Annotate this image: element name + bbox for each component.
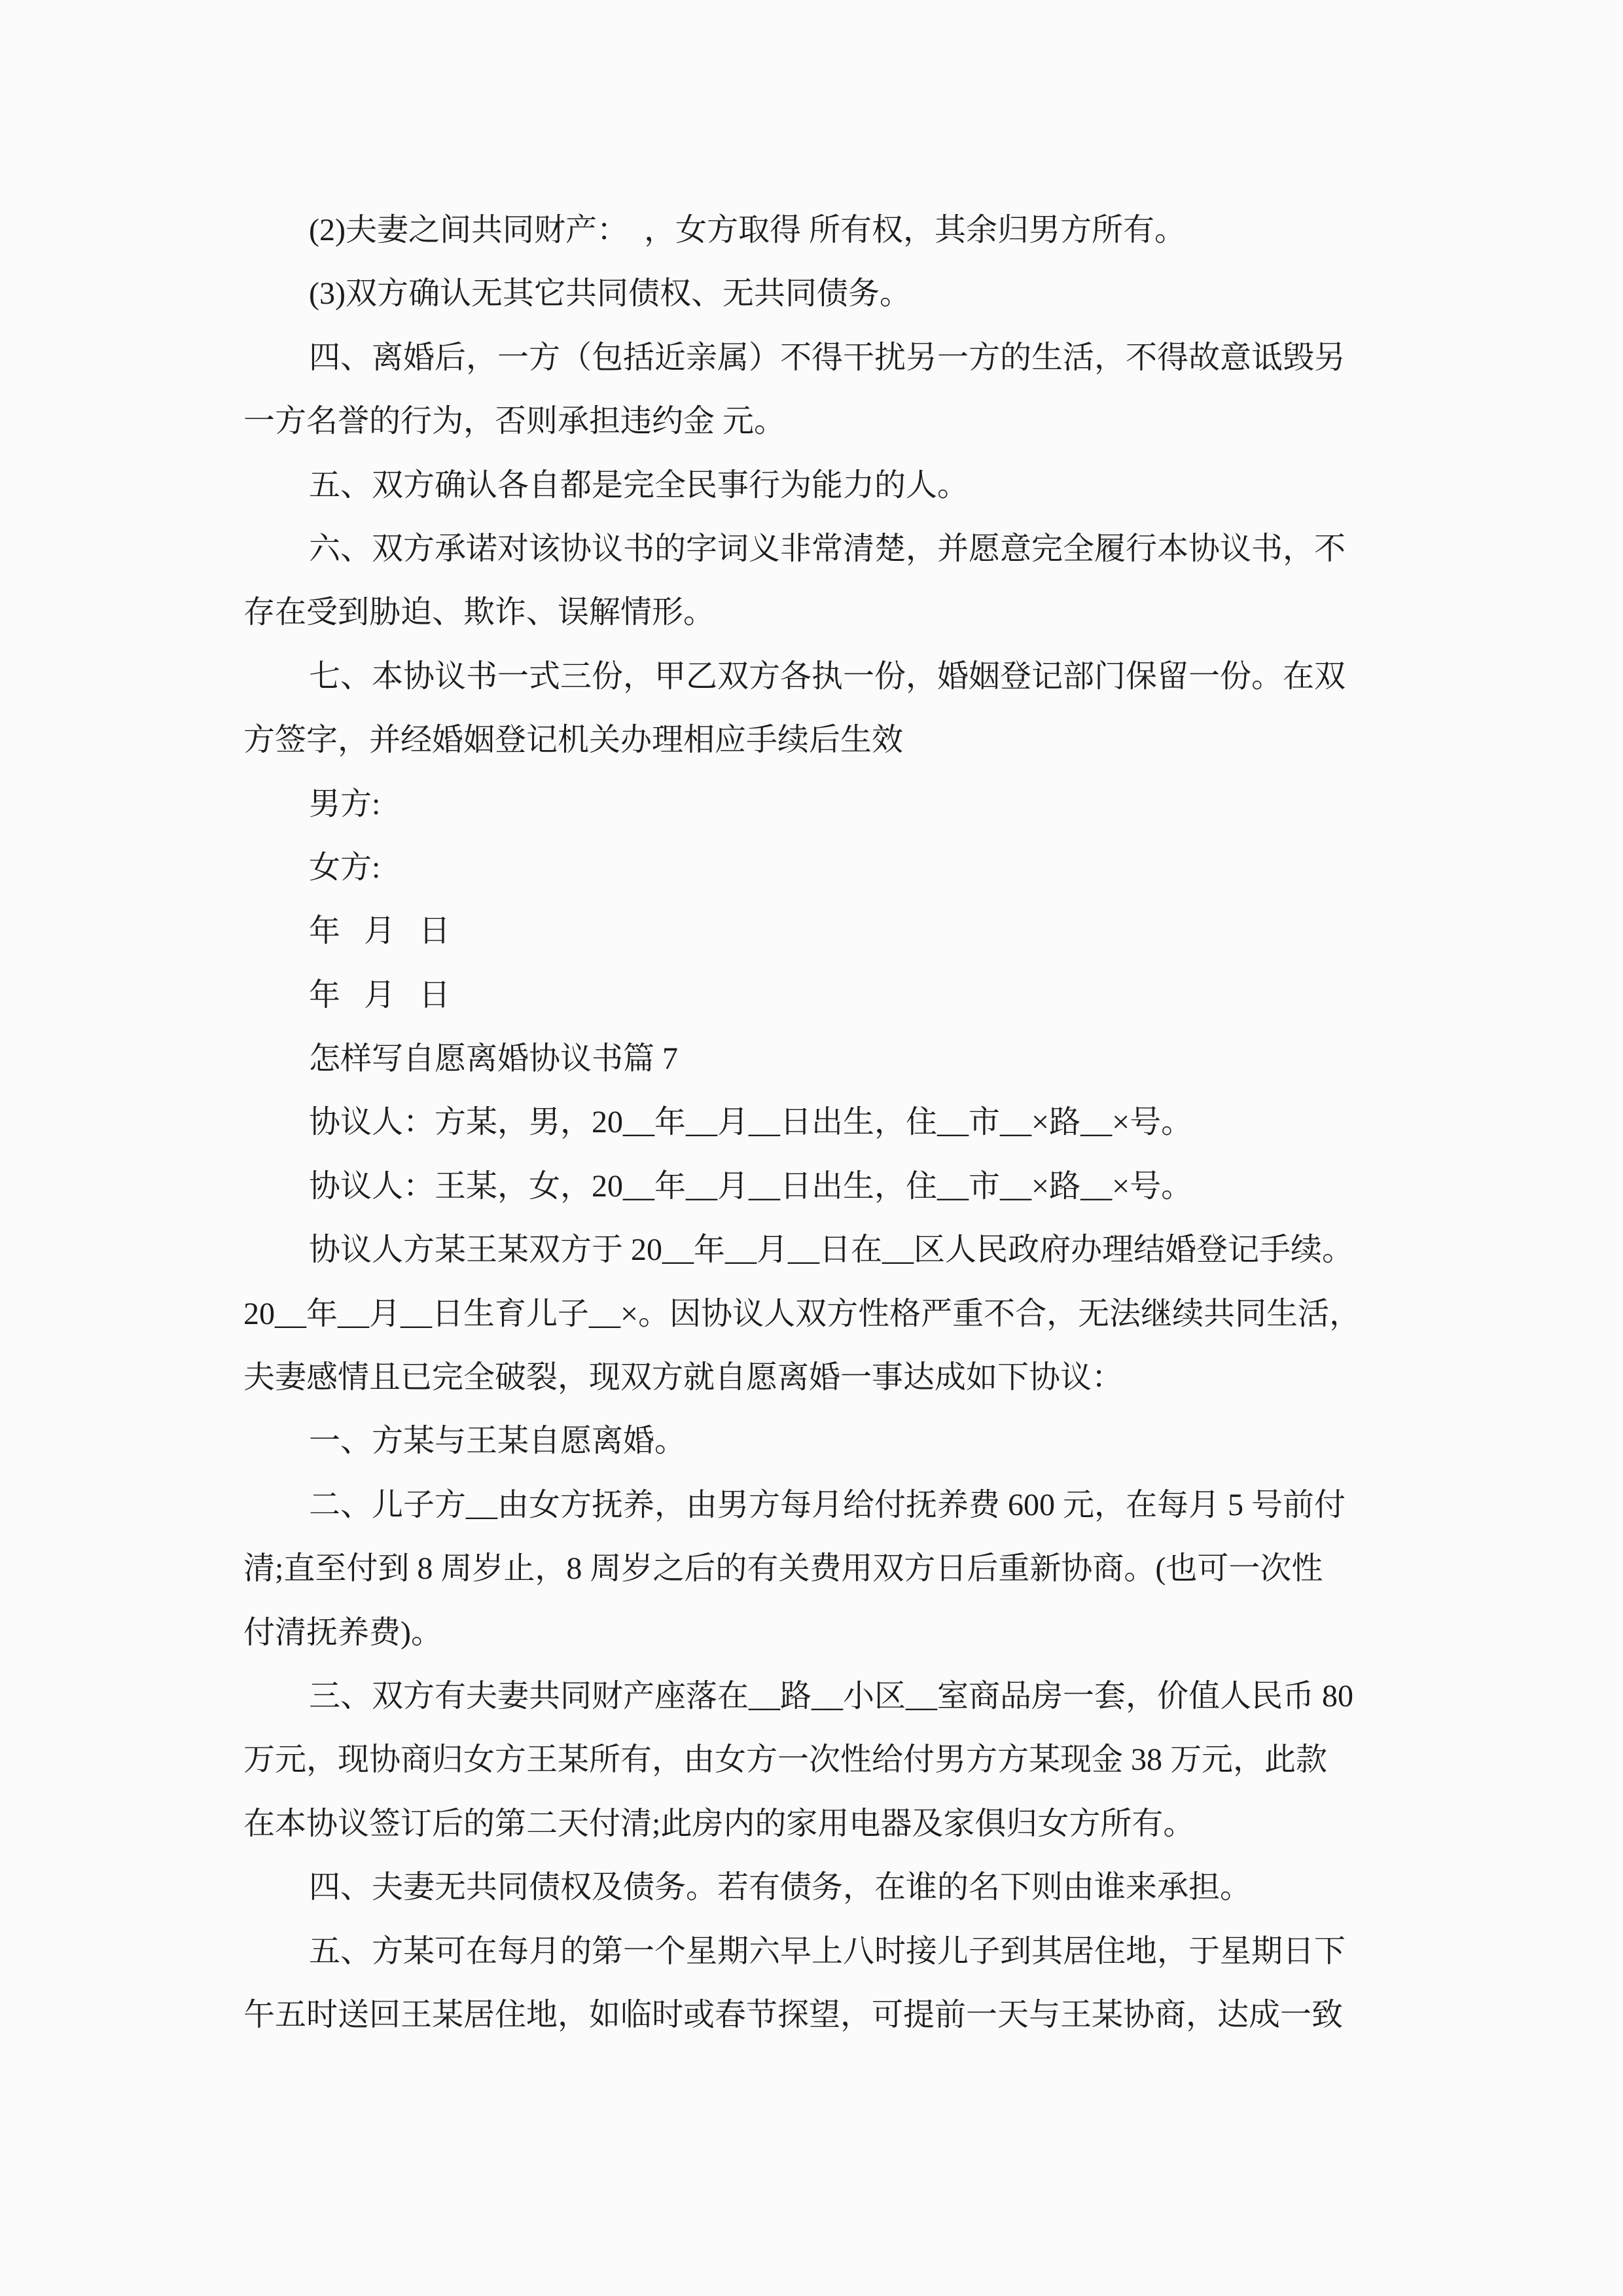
document-line: (2)夫妻之间共同财产： ，女方取得 所有权，其余归男方所有。 — [243, 198, 1395, 262]
document-line: 一方名誉的行为，否则承担违约金 元。 — [243, 389, 1395, 453]
document-line: 万元，现协商归女方王某所有，由女方一次性给付男方方某现金 38 万元，此款 — [243, 1728, 1395, 1791]
document-page: (2)夫妻之间共同财产： ，女方取得 所有权，其余归男方所有。(3)双方确认无其… — [0, 0, 1623, 2296]
document-line: 四、夫妻无共同债权及债务。若有债务，在谁的名下则由谁来承担。 — [243, 1856, 1395, 1919]
document-line: 方签字，并经婚姻登记机关办理相应手续后生效 — [243, 708, 1395, 772]
document-line: 男方: — [243, 772, 1395, 836]
document-line: 存在受到胁迫、欺诈、误解情形。 — [243, 581, 1395, 644]
document-line: 协议人：方某，男，20__年__月__日出生，住__市__×路__×号。 — [243, 1090, 1395, 1154]
document-line: 协议人：王某，女，20__年__月__日出生，住__市__×路__×号。 — [243, 1155, 1395, 1218]
document-line: 二、儿子方__由女方抚养，由男方每月给付抚养费 600 元，在每月 5 号前付 — [243, 1473, 1395, 1537]
document-line: 年 月 日 — [243, 899, 1395, 963]
document-line: 午五时送回王某居住地，如临时或春节探望，可提前一天与王某协商，达成一致 — [243, 1983, 1395, 2047]
document-line: 年 月 日 — [243, 963, 1395, 1027]
document-line: 四、离婚后，一方（包括近亲属）不得干扰另一方的生活，不得故意诋毁另 — [243, 326, 1395, 389]
document-line: 七、本协议书一式三份，甲乙双方各执一份，婚姻登记部门保留一份。在双 — [243, 645, 1395, 708]
document-line: 怎样写自愿离婚协议书篇 7 — [243, 1027, 1395, 1090]
agreement-document: (2)夫妻之间共同财产： ，女方取得 所有权，其余归男方所有。(3)双方确认无其… — [243, 198, 1395, 2047]
document-line: (3)双方确认无其它共同债权、无共同债务。 — [243, 262, 1395, 325]
document-line: 五、双方确认各自都是完全民事行为能力的人。 — [243, 454, 1395, 517]
document-line: 五、方某可在每月的第一个星期六早上八时接儿子到其居住地，于星期日下 — [243, 1920, 1395, 1983]
document-line: 夫妻感情且已完全破裂，现双方就自愿离婚一事达成如下协议： — [243, 1346, 1395, 1409]
document-line: 女方: — [243, 836, 1395, 899]
document-line: 付清抚养费)。 — [243, 1601, 1395, 1664]
document-line: 协议人方某王某双方于 20__年__月__日在__区人民政府办理结婚登记手续。 — [243, 1218, 1395, 1282]
document-line: 六、双方承诺对该协议书的字词义非常清楚，并愿意完全履行本协议书，不 — [243, 517, 1395, 581]
document-line: 清;直至付到 8 周岁止，8 周岁之后的有关费用双方日后重新协商。(也可一次性 — [243, 1537, 1395, 1600]
document-line: 20__年__月__日生育儿子__×。因协议人双方性格严重不合，无法继续共同生活… — [243, 1282, 1395, 1346]
document-line: 一、方某与王某自愿离婚。 — [243, 1409, 1395, 1473]
document-line: 在本协议签订后的第二天付清;此房内的家用电器及家俱归女方所有。 — [243, 1792, 1395, 1856]
document-line: 三、双方有夫妻共同财产座落在__路__小区__室商品房一套，价值人民币 80 — [243, 1664, 1395, 1728]
